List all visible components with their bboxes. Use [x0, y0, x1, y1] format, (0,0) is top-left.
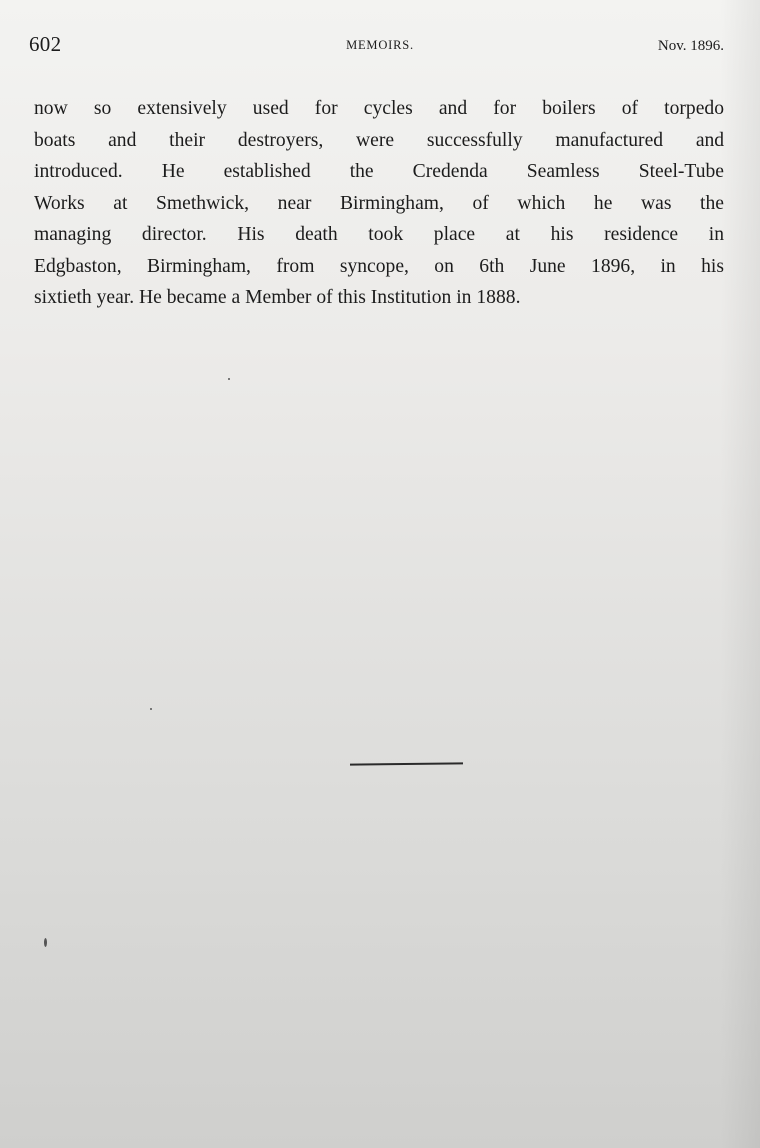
text-line: Works at Smethwick, near Birmingham, of … — [34, 188, 724, 220]
section-title: MEMOIRS. — [0, 38, 760, 53]
page-edge-shadow — [720, 0, 760, 1148]
section-end-rule — [350, 762, 463, 765]
text-line: managing director. His death took place … — [34, 219, 724, 251]
running-head: 602 MEMOIRS. Nov. 1896. — [0, 30, 760, 60]
text-line: introduced. He established the Credenda … — [34, 156, 724, 188]
text-line: now so extensively used for cycles and f… — [34, 93, 724, 125]
text-line: boats and their destroyers, were success… — [34, 125, 724, 157]
issue-date: Nov. 1896. — [658, 38, 724, 55]
text-line: sixtieth year. He became a Member of thi… — [34, 282, 724, 314]
text-line: Edgbaston, Birmingham, from syncope, on … — [34, 251, 724, 283]
paper-speck — [228, 378, 230, 380]
paper-speck — [150, 708, 152, 710]
memoir-paragraph: now so extensively used for cycles and f… — [34, 93, 724, 314]
paper-speck — [44, 938, 47, 947]
